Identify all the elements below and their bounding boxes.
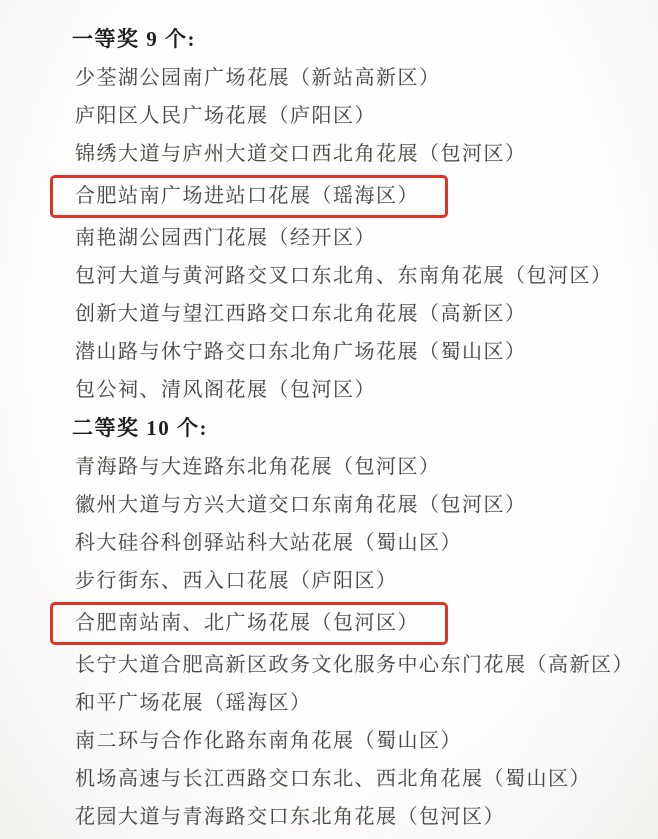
- award-item: 包公祠、清风阁花展（包河区）: [75, 377, 640, 403]
- award-item: 机场高速与长江西路交口东北、西北角花展（蜀山区）: [75, 766, 640, 792]
- award-item: 科大硅谷科创驿站科大站花展（蜀山区）: [75, 530, 640, 556]
- award-item: 步行街东、西入口花展（庐阳区）: [75, 568, 640, 594]
- award-item-highlighted: 合肥南站南、北广场花展（包河区）: [50, 602, 448, 645]
- award-item: 徽州大道与方兴大道交口东南角花展（包河区）: [75, 492, 640, 518]
- award-item: 包河大道与黄河路交叉口东北角、东南角花展（包河区）: [75, 263, 640, 289]
- document-page: 一等奖 9 个:少荃湖公园南广场花展（新站高新区）庐阳区人民广场花展（庐阳区）锦…: [0, 0, 658, 839]
- award-item: 青海路与大连路东北角花展（包河区）: [75, 454, 640, 480]
- award-item: 长宁大道合肥高新区政务文化服务中心东门花展（高新区）: [75, 652, 640, 678]
- award-item: 潜山路与休宁路交口东北角广场花展（蜀山区）: [75, 339, 640, 365]
- section-heading: 一等奖 9 个:: [72, 26, 640, 52]
- award-item-highlighted: 合肥站南广场进站口花展（瑶海区）: [50, 175, 448, 218]
- award-item: 花园大道与青海路交口东北角花展（包河区）: [75, 804, 640, 830]
- award-item: 南二环与合作化路东南角花展（蜀山区）: [75, 728, 640, 754]
- award-item: 少荃湖公园南广场花展（新站高新区）: [75, 65, 640, 91]
- award-item: 锦绣大道与庐州大道交口西北角花展（包河区）: [75, 141, 640, 167]
- award-item: 庐阳区人民广场花展（庐阳区）: [75, 103, 640, 129]
- award-list: 一等奖 9 个:少荃湖公园南广场花展（新站高新区）庐阳区人民广场花展（庐阳区）锦…: [75, 26, 640, 830]
- award-item: 南艳湖公园西门花展（经开区）: [75, 225, 640, 251]
- section-heading: 二等奖 10 个:: [72, 415, 640, 441]
- award-item: 和平广场花展（瑶海区）: [75, 690, 640, 716]
- award-item: 创新大道与望江西路交口东北角花展（高新区）: [75, 301, 640, 327]
